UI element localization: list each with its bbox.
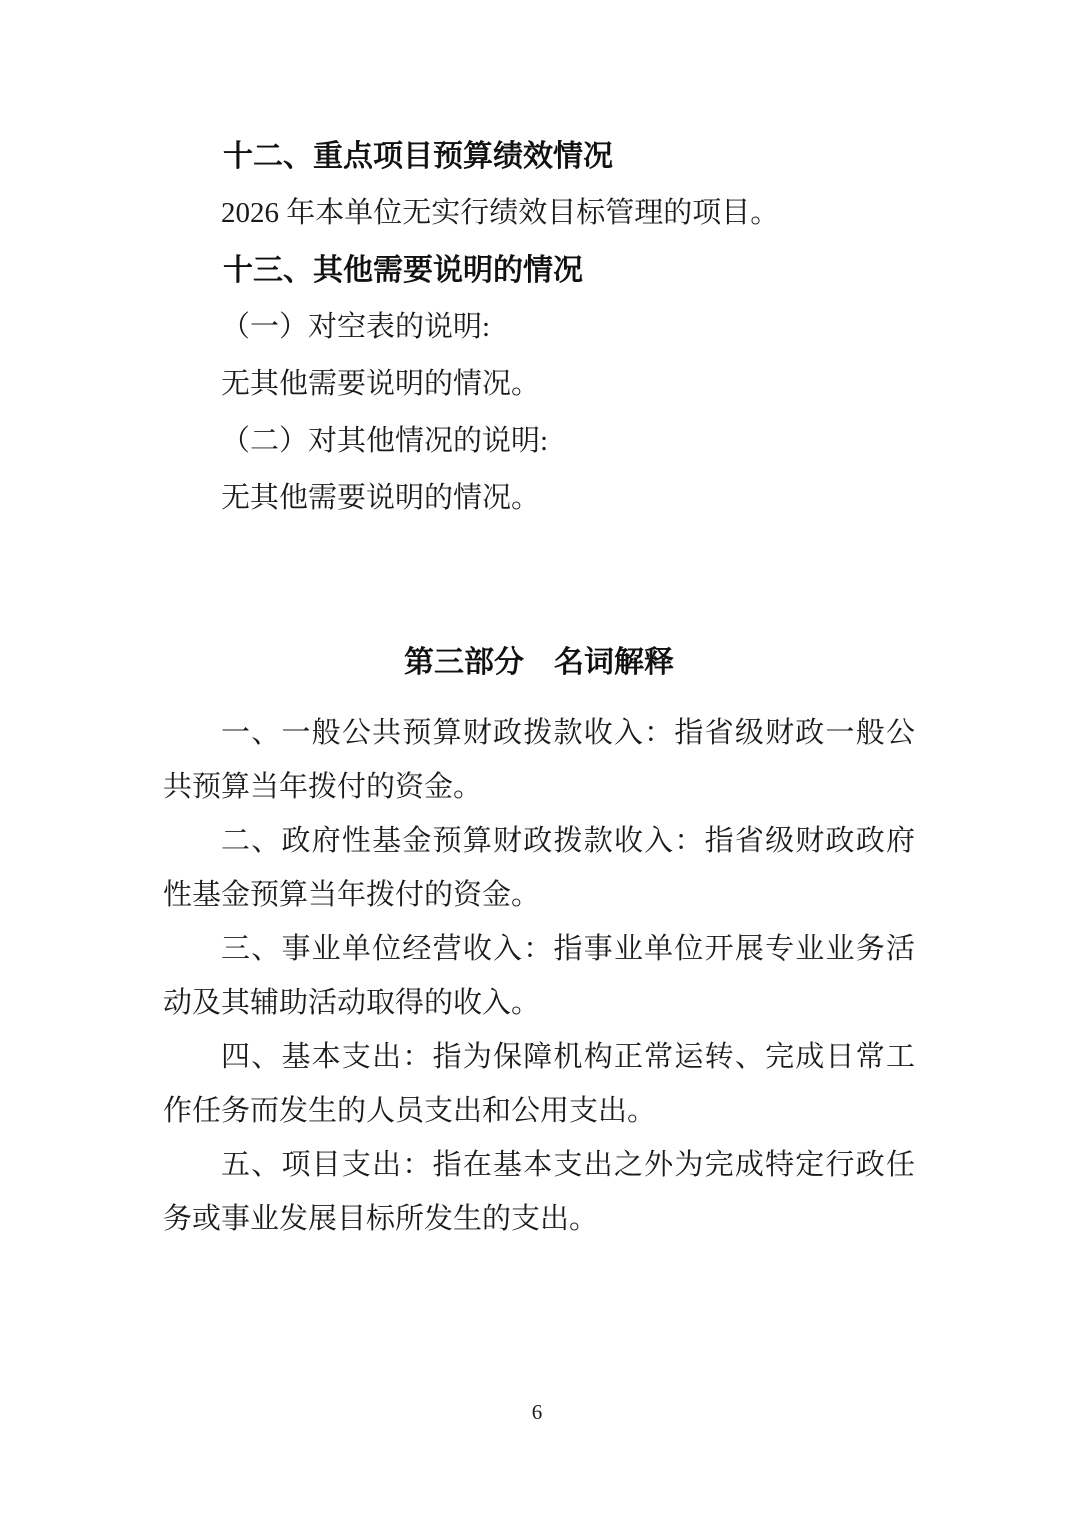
section-12-heading: 十二、重点项目预算绩效情况 <box>163 128 915 185</box>
definition-1: 一、一般公共预算财政拨款收入：指省级财政一般公共预算当年拨付的资金。 <box>163 706 915 814</box>
section-13-item-1-text: 无其他需要说明的情况。 <box>163 356 915 413</box>
definition-2: 二、政府性基金预算财政拨款收入：指省级财政政府性基金预算当年拨付的资金。 <box>163 814 915 922</box>
document-body: 十二、重点项目预算绩效情况 2026 年本单位无实行绩效目标管理的项目。 十三、… <box>163 128 915 1246</box>
section-13-heading: 十三、其他需要说明的情况 <box>163 242 915 299</box>
definition-5: 五、项目支出：指在基本支出之外为完成特定行政任务或事业发展目标所发生的支出。 <box>163 1138 915 1246</box>
definition-4: 四、基本支出：指为保障机构正常运转、完成日常工作任务而发生的人员支出和公用支出。 <box>163 1030 915 1138</box>
definition-3: 三、事业单位经营收入：指事业单位开展专业业务活动及其辅助活动取得的收入。 <box>163 922 915 1030</box>
definitions-list: 一、一般公共预算财政拨款收入：指省级财政一般公共预算当年拨付的资金。 二、政府性… <box>163 706 915 1246</box>
section-13-item-2-label: （二）对其他情况的说明: <box>163 413 915 470</box>
part-3-title: 第三部分 名词解释 <box>163 634 915 691</box>
document-page: 十二、重点项目预算绩效情况 2026 年本单位无实行绩效目标管理的项目。 十三、… <box>0 0 1074 1520</box>
section-12-paragraph: 2026 年本单位无实行绩效目标管理的项目。 <box>163 185 915 242</box>
section-13-item-2-text: 无其他需要说明的情况。 <box>163 470 915 527</box>
page-number: 6 <box>0 1400 1074 1425</box>
section-13-item-1-label: （一）对空表的说明: <box>163 299 915 356</box>
